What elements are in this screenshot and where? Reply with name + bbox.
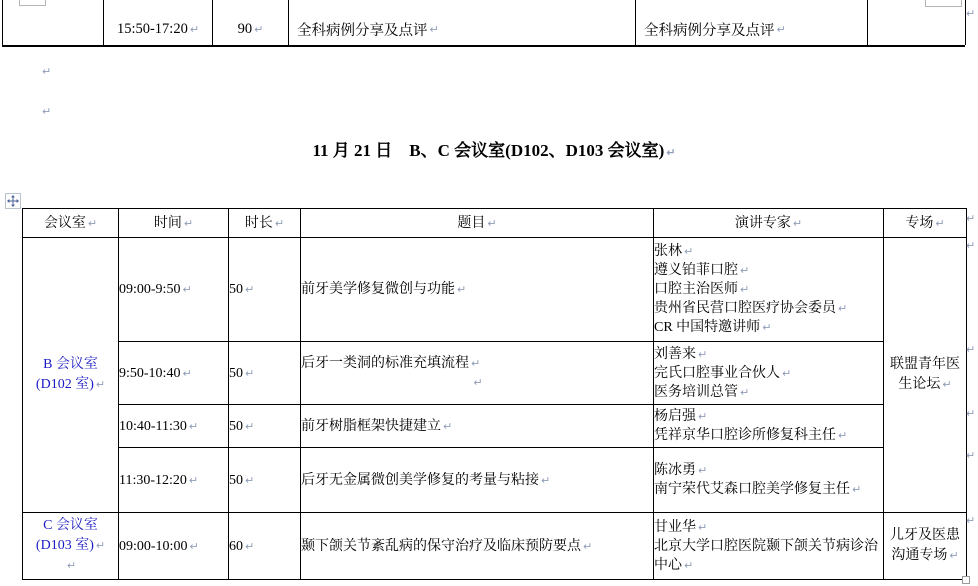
top-table-cell-text: 全科病例分享及点评 <box>297 19 428 40</box>
topic-text: 颞下颌关节紊乱病的保守治疗及临床预防要点 <box>301 539 581 554</box>
paragraph-mark-icon: ↵ <box>684 559 693 572</box>
column-header-label: 时长 <box>245 216 273 231</box>
speaker-line: 刘善来 <box>654 347 696 362</box>
column-header-label: 会议室 <box>44 216 86 231</box>
row-end-mark-icon: ↵ <box>966 515 975 527</box>
paragraph-mark-icon: ↵ <box>430 23 439 36</box>
column-header-label: 题目 <box>457 216 485 231</box>
paragraph-mark-icon: ↵ <box>935 217 944 230</box>
paragraph-mark-icon: ↵ <box>838 302 847 315</box>
time-value: 09:00-9:50 <box>119 282 180 297</box>
speaker-line: 贵州省民营口腔医疗协会委员 <box>654 301 836 316</box>
duration-value: 50 <box>229 282 243 297</box>
room-name-line: (D103 室) <box>36 538 94 553</box>
paragraph-mark-icon: ↵ <box>42 106 51 118</box>
paragraph-mark-icon: ↵ <box>583 540 592 553</box>
topic-cell[interactable]: 前牙树脂框架快捷建立↵ <box>301 405 654 448</box>
paragraph-mark-icon: ↵ <box>245 474 254 487</box>
duration-value: 50 <box>229 473 243 488</box>
paragraph-mark-icon: ↵ <box>942 378 951 391</box>
paragraph-mark-icon: ↵ <box>275 217 284 230</box>
time-cell[interactable]: 09:00-9:50↵ <box>119 238 229 342</box>
section-title[interactable]: 11 月 21 日 B、C 会议室(D102、D103 会议室)↵ <box>22 139 966 165</box>
paragraph-mark-icon: ↵ <box>698 410 707 423</box>
room-name-line: B 会议室 <box>43 357 98 372</box>
time-value: 10:40-11:30 <box>119 419 187 434</box>
top-table-cell-2[interactable]: 90↵ <box>213 0 289 45</box>
column-header-3[interactable]: 题目↵ <box>301 209 654 238</box>
paragraph-mark-icon: ↵ <box>96 539 105 552</box>
table-move-handle[interactable] <box>5 193 21 209</box>
paragraph-mark-icon: ↵ <box>740 386 749 399</box>
column-header-1[interactable]: 时间↵ <box>119 209 229 238</box>
speaker-line: 完氏口腔事业合伙人 <box>654 366 780 381</box>
topic-cell[interactable]: 后牙一类洞的标准充填流程↵↵ <box>301 342 654 405</box>
paragraph-mark-icon: ↵ <box>182 283 191 296</box>
schedule-row: C 会议室(D103 室)↵↵09:00-10:00↵60↵颞下颌关节紊乱病的保… <box>23 513 967 580</box>
time-cell[interactable]: 11:30-12:20↵ <box>119 448 229 513</box>
duration-value: 50 <box>229 419 243 434</box>
room-name-line: (D102 室) <box>36 377 94 392</box>
speaker-line: 凭祥京华口腔诊所修复科主任 <box>654 428 836 443</box>
speaker-line: 南宁荣代艾森口腔美学修复主任 <box>654 482 850 497</box>
time-cell[interactable]: 9:50-10:40↵ <box>119 342 229 405</box>
schedule-header-row: 会议室↵时间↵时长↵题目↵演讲专家↵专场↵ <box>23 209 967 238</box>
paragraph-mark-icon: ↵ <box>777 23 786 36</box>
speaker-line: 陈冰勇 <box>654 463 696 478</box>
time-value: 9:50-10:40 <box>119 366 180 381</box>
paragraph-mark-icon: ↵ <box>96 378 105 391</box>
paragraph-mark-icon: ↵ <box>949 549 958 562</box>
top-table-partial-row[interactable]: 15:50-17:20↵90↵全科病例分享及点评↵全科病例分享及点评↵ <box>2 0 965 47</box>
paragraph-mark-icon: ↵ <box>245 283 254 296</box>
paragraph-mark-icon: ↵ <box>88 217 97 230</box>
track-cell-1[interactable]: 儿牙及医患沟通专场↵ <box>884 513 967 580</box>
duration-cell[interactable]: 50↵ <box>229 238 301 342</box>
paragraph-mark-icon: ↵ <box>182 367 191 380</box>
time-cell[interactable]: 09:00-10:00↵ <box>119 513 229 580</box>
paragraph-mark-icon: ↵ <box>189 420 198 433</box>
speaker-cell[interactable]: 甘业华↵北京大学口腔医院颞下颌关节病诊治中心↵ <box>654 513 884 580</box>
column-header-5[interactable]: 专场↵ <box>884 209 967 238</box>
table-resize-handle[interactable] <box>962 576 970 584</box>
duration-value: 60 <box>229 539 243 554</box>
cutoff-handle-left <box>19 0 46 6</box>
schedule-row: 11:30-12:20↵50↵后牙无金属微创美学修复的考量与粘接↵陈冰勇↵南宁荣… <box>23 448 967 513</box>
paragraph-mark-icon: ↵ <box>740 283 749 296</box>
top-table-cell-1[interactable]: 15:50-17:20↵ <box>104 0 213 45</box>
paragraph-mark-icon: ↵ <box>541 474 550 487</box>
paragraph-mark-icon: ↵ <box>67 559 76 572</box>
column-header-label: 时间 <box>154 216 182 231</box>
speaker-line: 遵义铂菲口腔 <box>654 263 738 278</box>
topic-text: 前牙树脂框架快捷建立 <box>301 419 441 434</box>
schedule-row: 10:40-11:30↵50↵前牙树脂框架快捷建立↵杨启强↵凭祥京华口腔诊所修复… <box>23 405 967 448</box>
top-table-cell-4[interactable]: 全科病例分享及点评↵ <box>636 0 868 45</box>
paragraph-mark-icon: ↵ <box>793 217 802 230</box>
paragraph-mark-icon: ↵ <box>245 367 254 380</box>
room-cell-1[interactable]: C 会议室(D103 室)↵↵ <box>23 513 119 580</box>
column-header-label: 演讲专家 <box>735 216 791 231</box>
row-end-mark-icon: ↵ <box>966 240 975 252</box>
topic-text: 后牙无金属微创美学修复的考量与粘接 <box>301 473 539 488</box>
paragraph-mark-icon: ↵ <box>473 376 482 389</box>
topic-text: 前牙美学修复微创与功能 <box>301 282 455 297</box>
paragraph-mark-icon: ↵ <box>190 23 199 36</box>
topic-cell[interactable]: 前牙美学修复微创与功能↵ <box>301 238 654 342</box>
schedule-body: B 会议室(D102 室)↵09:00-9:50↵50↵前牙美学修复微创与功能↵… <box>23 238 967 580</box>
top-table-cell-text: 90 <box>238 21 253 38</box>
paragraph-mark-icon: ↵ <box>838 429 847 442</box>
row-end-mark-icon: ↵ <box>966 408 975 420</box>
paragraph-mark-icon: ↵ <box>457 283 466 296</box>
schedule-table[interactable]: 会议室↵时间↵时长↵题目↵演讲专家↵专场↵ B 会议室(D102 室)↵09:0… <box>22 208 967 580</box>
topic-cell[interactable]: 颞下颌关节紊乱病的保守治疗及临床预防要点↵ <box>301 513 654 580</box>
speaker-line: 杨启强 <box>654 409 696 424</box>
paragraph-mark-icon: ↵ <box>762 321 771 334</box>
speaker-cell[interactable]: 张林↵遵义铂菲口腔↵口腔主治医师↵贵州省民营口腔医疗协会委员↵CR 中国特邀讲师… <box>654 238 884 342</box>
paragraph-mark-icon: ↵ <box>698 348 707 361</box>
paragraph-mark-icon: ↵ <box>698 521 707 534</box>
row-end-mark-icon: ↵ <box>966 344 975 356</box>
duration-value: 50 <box>229 366 243 381</box>
paragraph-mark-icon: ↵ <box>42 66 51 78</box>
time-value: 11:30-12:20 <box>119 473 187 488</box>
paragraph-mark-icon: ↵ <box>740 264 749 277</box>
paragraph-mark-icon: ↵ <box>254 23 263 36</box>
paragraph-mark-icon: ↵ <box>189 474 198 487</box>
paragraph-mark-icon: ↵ <box>782 367 791 380</box>
paragraph-mark-icon: ↵ <box>245 540 254 553</box>
speaker-line: 张林 <box>654 244 682 259</box>
speaker-cell[interactable]: 陈冰勇↵南宁荣代艾森口腔美学修复主任↵ <box>654 448 884 513</box>
time-value: 09:00-10:00 <box>119 539 187 554</box>
row-end-mark-icon: ↵ <box>966 450 975 462</box>
row-end-mark-icon: ↵ <box>966 213 975 225</box>
duration-cell[interactable]: 60↵ <box>229 513 301 580</box>
top-table-cell-0[interactable] <box>3 0 104 45</box>
top-table-cell-text: 15:50-17:20 <box>117 21 188 38</box>
time-cell[interactable]: 10:40-11:30↵ <box>119 405 229 448</box>
cutoff-handle-right <box>925 0 962 7</box>
paragraph-mark-icon: ↵ <box>684 245 693 258</box>
header-row: 会议室↵时间↵时长↵题目↵演讲专家↵专场↵ <box>23 209 967 238</box>
column-header-2[interactable]: 时长↵ <box>229 209 301 238</box>
speaker-cell[interactable]: 杨启强↵凭祥京华口腔诊所修复科主任↵ <box>654 405 884 448</box>
speaker-line: 甘业华 <box>654 520 696 535</box>
top-table-cell-text: 全科病例分享及点评 <box>644 19 775 40</box>
column-header-4[interactable]: 演讲专家↵ <box>654 209 884 238</box>
speaker-line: CR 中国特邀讲师 <box>654 320 760 335</box>
paragraph-mark-icon: ↵ <box>698 464 707 477</box>
speaker-line: 医务培训总管 <box>654 385 738 400</box>
row-end-mark-icon: ↵ <box>966 8 975 20</box>
duration-cell[interactable]: 50↵ <box>229 405 301 448</box>
room-cell-0[interactable]: B 会议室(D102 室)↵ <box>23 238 119 513</box>
duration-cell[interactable]: 50↵ <box>229 448 301 513</box>
paragraph-mark-icon: ↵ <box>184 217 193 230</box>
top-table-cell-3[interactable]: 全科病例分享及点评↵ <box>289 0 636 45</box>
topic-cell[interactable]: 后牙无金属微创美学修复的考量与粘接↵ <box>301 448 654 513</box>
room-name-line: C 会议室 <box>43 518 98 533</box>
paragraph-mark-icon: ↵ <box>471 357 480 370</box>
paragraph-mark-icon: ↵ <box>189 540 198 553</box>
duration-cell[interactable]: 50↵ <box>229 342 301 405</box>
paragraph-mark-icon: ↵ <box>852 483 861 496</box>
paragraph-mark-icon: ↵ <box>245 420 254 433</box>
track-cell-0[interactable]: 联盟青年医生论坛↵ <box>884 238 967 513</box>
paragraph-mark-icon: ↵ <box>487 217 496 230</box>
four-way-arrow-icon <box>7 195 19 207</box>
topic-text: 后牙一类洞的标准充填流程 <box>301 356 469 371</box>
schedule-row: B 会议室(D102 室)↵09:00-9:50↵50↵前牙美学修复微创与功能↵… <box>23 238 967 342</box>
speaker-line: 口腔主治医师 <box>654 282 738 297</box>
column-header-0[interactable]: 会议室↵ <box>23 209 119 238</box>
column-header-label: 专场 <box>905 216 933 231</box>
paragraph-mark-icon: ↵ <box>666 146 675 159</box>
section-title-text: 11 月 21 日 B、C 会议室(D102、D103 会议室) <box>312 141 664 160</box>
schedule-row: 9:50-10:40↵50↵后牙一类洞的标准充填流程↵↵刘善来↵完氏口腔事业合伙… <box>23 342 967 405</box>
paragraph-mark-icon: ↵ <box>443 420 452 433</box>
speaker-cell[interactable]: 刘善来↵完氏口腔事业合伙人↵医务培训总管↵ <box>654 342 884 405</box>
